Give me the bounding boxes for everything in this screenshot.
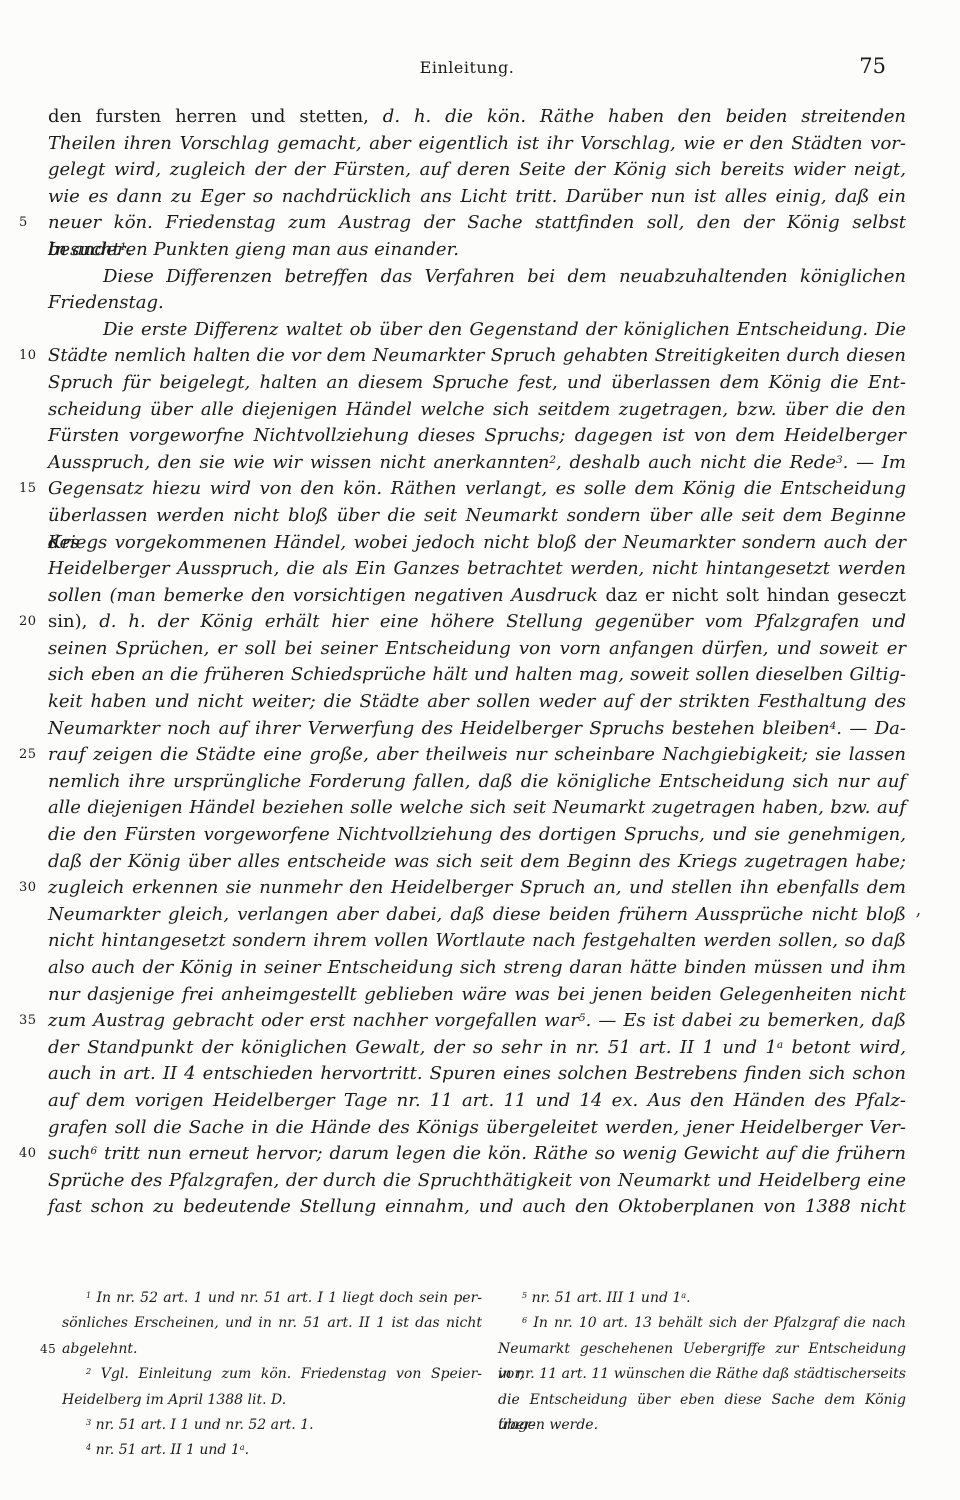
text-segment: Spruch für beigelegt, halten an diesem S… bbox=[48, 372, 906, 393]
text-line: Friedenstag. bbox=[48, 290, 906, 317]
text-line: alle diejenigen Händel beziehen solle we… bbox=[48, 795, 906, 822]
text-segment: grafen soll die Sache in die Hände des K… bbox=[48, 1117, 906, 1138]
text-line: tragen werde. bbox=[498, 1413, 906, 1438]
margin-line-number: 30 bbox=[19, 875, 43, 902]
text-line: nicht hintangesetzt sondern ihrem vollen… bbox=[48, 928, 906, 955]
text-line: In anderen Punkten gieng man aus einande… bbox=[48, 237, 906, 264]
footnote-marker: 5 bbox=[579, 1012, 586, 1024]
stray-ink-mark: , bbox=[914, 900, 922, 921]
text-segment: abgelehnt. bbox=[62, 1341, 137, 1357]
footnote-marker: 3 bbox=[836, 454, 843, 466]
margin-line-number: 25 bbox=[19, 742, 43, 769]
margin-line-number: 35 bbox=[19, 1008, 43, 1035]
text-segment: sin), bbox=[48, 611, 87, 632]
text-segment: Theilen ihren Vorschlag gemacht, aber ei… bbox=[48, 133, 906, 154]
text-segment: nur dasjenige frei anheimgestellt geblie… bbox=[48, 984, 906, 1005]
text-segment: . bbox=[245, 1442, 249, 1458]
text-line: 4 nr. 51 art. II 1 und 1a. bbox=[62, 1438, 482, 1463]
text-segment: In anderen Punkten gieng man aus einande… bbox=[48, 239, 459, 260]
text-line: in nr. 11 art. 11 wünschen die Räthe daß… bbox=[498, 1362, 906, 1387]
page-number: 75 bbox=[859, 54, 886, 78]
text-segment: Neumarkter gleich, verlangen aber dabei,… bbox=[48, 904, 906, 925]
text-line: wie es dann zu Eger so nachdrücklich ans… bbox=[48, 184, 906, 211]
text-line: Neumarkter gleich, verlangen aber dabei,… bbox=[48, 902, 906, 929]
text-segment: auf dem vorigen Heidelberger Tage nr. 11… bbox=[48, 1090, 906, 1111]
text-line: den fursten herren und stetten, d. h. di… bbox=[48, 104, 906, 131]
text-line: 35zum Austrag gebracht oder erst nachher… bbox=[48, 1008, 906, 1035]
margin-line-number: 15 bbox=[19, 476, 43, 503]
text-line: 30zugleich erkennen sie nunmehr den Heid… bbox=[48, 875, 906, 902]
text-segment: sönliches Erscheinen, und in nr. 51 art.… bbox=[62, 1315, 482, 1331]
text-segment: scheidung über alle diejenigen Händel we… bbox=[48, 399, 906, 420]
text-line: 2 Vgl. Einleitung zum kön. Friedenstag v… bbox=[62, 1362, 482, 1387]
text-line: Heidelberg im April 1388 lit. D. bbox=[62, 1388, 482, 1413]
text-segment: der Standpunkt der königlichen Gewalt, d… bbox=[48, 1037, 777, 1058]
margin-line-number: 5 bbox=[19, 210, 43, 237]
text-segment: . — Im bbox=[843, 452, 906, 473]
text-segment: nr. 51 art. I 1 und nr. 52 art. 1. bbox=[91, 1417, 313, 1433]
text-segment: Ausspruch, den sie wie wir wissen nicht … bbox=[48, 452, 549, 473]
text-line: 6 In nr. 10 art. 13 behält sich der Pfal… bbox=[498, 1311, 906, 1336]
text-line: Spruch für beigelegt, halten an diesem S… bbox=[48, 370, 906, 397]
text-segment: Kriegs vorgekommenen Händel, wobei jedoc… bbox=[48, 532, 906, 553]
text-line: seinen Sprüchen, er soll bei seiner Ents… bbox=[48, 636, 906, 663]
text-segment: nr. 51 art. III 1 und 1 bbox=[527, 1290, 681, 1306]
text-line: auch in art. II 4 entschieden hervortrit… bbox=[48, 1061, 906, 1088]
text-line: die den Fürsten vorgeworfene Nichtvollzi… bbox=[48, 822, 906, 849]
text-segment: tragen werde. bbox=[498, 1417, 598, 1433]
text-segment: seinen Sprüchen, er soll bei seiner Ents… bbox=[48, 638, 906, 659]
text-segment: nemlich ihre ursprüngliche Forderung fal… bbox=[48, 771, 906, 792]
text-line: Heidelberger Ausspruch, die als Ein Ganz… bbox=[48, 556, 906, 583]
text-line: Die erste Differenz waltet ob über den G… bbox=[48, 317, 906, 344]
text-segment: rauf zeigen die Städte eine große, aber … bbox=[48, 744, 906, 765]
text-segment: Heidelberg im April 1388 lit. D. bbox=[62, 1392, 286, 1408]
text-line: 5 nr. 51 art. III 1 und 1a. bbox=[498, 1286, 906, 1311]
text-segment: daz er nicht solt hindan geseczt bbox=[606, 585, 907, 606]
text-segment: tritt nun erneut hervor; darum legen die… bbox=[97, 1143, 906, 1164]
margin-line-number: 45 bbox=[40, 1337, 60, 1362]
text-segment: fast schon zu bedeutende Stellung einnah… bbox=[48, 1196, 906, 1217]
text-segment: alle diejenigen Händel beziehen solle we… bbox=[48, 797, 906, 818]
text-segment: Friedenstag. bbox=[48, 292, 164, 313]
text-segment: die den Fürsten vorgeworfene Nichtvollzi… bbox=[48, 824, 906, 845]
text-segment: zugleich erkennen sie nunmehr den Heidel… bbox=[48, 877, 906, 898]
text-segment: In nr. 52 art. 1 und nr. 51 art. I 1 lie… bbox=[91, 1290, 482, 1306]
text-segment: Diese Differenzen betreffen das Verfahre… bbox=[103, 266, 906, 287]
text-line: scheidung über alle diejenigen Händel we… bbox=[48, 397, 906, 424]
text-segment: den fursten herren und stetten, bbox=[48, 106, 383, 127]
text-line: Theilen ihren Vorschlag gemacht, aber ei… bbox=[48, 131, 906, 158]
text-line: 45abgelehnt. bbox=[62, 1337, 482, 1362]
text-line: die Entscheidung über eben diese Sache d… bbox=[498, 1388, 906, 1413]
text-line: 10Städte nemlich halten die vor dem Neum… bbox=[48, 343, 906, 370]
text-line: der Standpunkt der königlichen Gewalt, d… bbox=[48, 1035, 906, 1062]
text-segment: in nr. 11 art. 11 wünschen die Räthe daß… bbox=[498, 1366, 906, 1382]
page-header: Einleitung. 75 bbox=[48, 58, 886, 86]
margin-line-number: 40 bbox=[19, 1141, 43, 1168]
text-segment: Neumarkter noch auf ihrer Verwerfung des… bbox=[48, 718, 830, 739]
text-segment: daß der König über alles entscheide was … bbox=[48, 851, 906, 872]
text-segment: keit haben und nicht weiter; die Städte … bbox=[48, 691, 906, 712]
text-line: Neumarkter noch auf ihrer Verwerfung des… bbox=[48, 716, 906, 743]
text-line: 25rauf zeigen die Städte eine große, abe… bbox=[48, 742, 906, 769]
text-segment: also auch der König in seiner Entscheidu… bbox=[48, 957, 906, 978]
text-segment: auch in art. II 4 entschieden hervortrit… bbox=[48, 1063, 906, 1084]
scanned-book-page: Einleitung. 75 den fursten herren und st… bbox=[0, 0, 960, 1500]
text-segment: In nr. 10 art. 13 behält sich der Pfalzg… bbox=[527, 1315, 906, 1331]
footnote-marker: 2 bbox=[549, 454, 556, 466]
text-line: sollen (man bemerke den vorsichtigen neg… bbox=[48, 583, 906, 610]
text-line: nur dasjenige frei anheimgestellt geblie… bbox=[48, 982, 906, 1009]
text-segment: Sprüche des Pfalzgrafen, der durch die S… bbox=[48, 1170, 906, 1191]
text-segment: Heidelberger Ausspruch, die als Ein Ganz… bbox=[48, 558, 906, 579]
text-segment: wie es dann zu Eger so nachdrücklich ans… bbox=[48, 186, 906, 207]
text-line: sich eben an die früheren Schiedsprüche … bbox=[48, 662, 906, 689]
text-line: Sprüche des Pfalzgrafen, der durch die S… bbox=[48, 1168, 906, 1195]
text-segment: gelegt wird, zugleich der der Fürsten, a… bbox=[48, 159, 906, 180]
text-line: 15Gegensatz hiezu wird von den kön. Räth… bbox=[48, 476, 906, 503]
text-segment: Städte nemlich halten die vor dem Neumar… bbox=[48, 345, 906, 366]
text-segment: sich eben an die früheren Schiedsprüche … bbox=[48, 664, 906, 685]
footnote-column-left: 1 In nr. 52 art. 1 und nr. 51 art. I 1 l… bbox=[62, 1286, 482, 1464]
text-segment: nr. 51 art. II 1 und 1 bbox=[91, 1442, 240, 1458]
text-line: nemlich ihre ursprüngliche Forderung fal… bbox=[48, 769, 906, 796]
text-line: Neumarkt geschehenen Uebergriffe zur Ent… bbox=[498, 1337, 906, 1362]
text-segment: zum Austrag gebracht oder erst nachher v… bbox=[48, 1010, 579, 1031]
text-segment: . — Es ist dabei zu bemerken, daß bbox=[586, 1010, 906, 1031]
text-line: fast schon zu bedeutende Stellung einnah… bbox=[48, 1194, 906, 1221]
text-line: Kriegs vorgekommenen Händel, wobei jedoc… bbox=[48, 530, 906, 557]
text-segment: . — Da- bbox=[836, 718, 906, 739]
text-segment: Gegensatz hiezu wird von den kön. Räthen… bbox=[48, 478, 906, 499]
text-segment: Fürsten vorgeworfne Nichtvollziehung die… bbox=[48, 425, 906, 446]
text-line: Diese Differenzen betreffen das Verfahre… bbox=[48, 264, 906, 291]
text-segment: betont wird, bbox=[783, 1037, 906, 1058]
text-line: Ausspruch, den sie wie wir wissen nicht … bbox=[48, 450, 906, 477]
text-line: 3 nr. 51 art. I 1 und nr. 52 art. 1. bbox=[62, 1413, 482, 1438]
footnote-section: 1 In nr. 52 art. 1 und nr. 51 art. I 1 l… bbox=[62, 1286, 906, 1464]
text-segment: Die erste Differenz waltet ob über den G… bbox=[103, 319, 906, 340]
footnote-column-right: 5 nr. 51 art. III 1 und 1a.6 In nr. 10 a… bbox=[498, 1286, 906, 1464]
text-line: Fürsten vorgeworfne Nichtvollziehung die… bbox=[48, 423, 906, 450]
text-line: sönliches Erscheinen, und in nr. 51 art.… bbox=[62, 1311, 482, 1336]
text-segment: d. h. die kön. Räthe haben den beiden st… bbox=[383, 106, 906, 127]
text-line: 5neuer kön. Friedenstag zum Austrag der … bbox=[48, 210, 906, 237]
text-segment: . bbox=[686, 1290, 690, 1306]
text-line: gelegt wird, zugleich der der Fürsten, a… bbox=[48, 157, 906, 184]
text-segment: d. h. der König erhält hier eine höhere … bbox=[87, 611, 906, 632]
text-segment: such bbox=[48, 1143, 91, 1164]
text-line: also auch der König in seiner Entscheidu… bbox=[48, 955, 906, 982]
text-line: 20sin), d. h. der König erhält hier eine… bbox=[48, 609, 906, 636]
margin-line-number: 20 bbox=[19, 609, 43, 636]
text-line: daß der König über alles entscheide was … bbox=[48, 849, 906, 876]
text-segment: Vgl. Einleitung zum kön. Friedenstag von… bbox=[91, 1366, 482, 1382]
running-head-title: Einleitung. bbox=[48, 58, 886, 77]
text-line: auf dem vorigen Heidelberger Tage nr. 11… bbox=[48, 1088, 906, 1115]
text-line: 1 In nr. 52 art. 1 und nr. 51 art. I 1 l… bbox=[62, 1286, 482, 1311]
text-segment: , deshalb auch nicht die Rede bbox=[556, 452, 836, 473]
text-line: überlassen werden nicht bloß über die se… bbox=[48, 503, 906, 530]
text-line: 40such6 tritt nun erneut hervor; darum l… bbox=[48, 1141, 906, 1168]
text-line: keit haben und nicht weiter; die Städte … bbox=[48, 689, 906, 716]
text-segment: nicht hintangesetzt sondern ihrem vollen… bbox=[48, 930, 906, 951]
main-text-block: den fursten herren und stetten, d. h. di… bbox=[48, 104, 906, 1221]
text-segment: sollen (man bemerke den vorsichtigen neg… bbox=[48, 585, 606, 606]
margin-line-number: 10 bbox=[19, 343, 43, 370]
text-line: grafen soll die Sache in die Hände des K… bbox=[48, 1115, 906, 1142]
